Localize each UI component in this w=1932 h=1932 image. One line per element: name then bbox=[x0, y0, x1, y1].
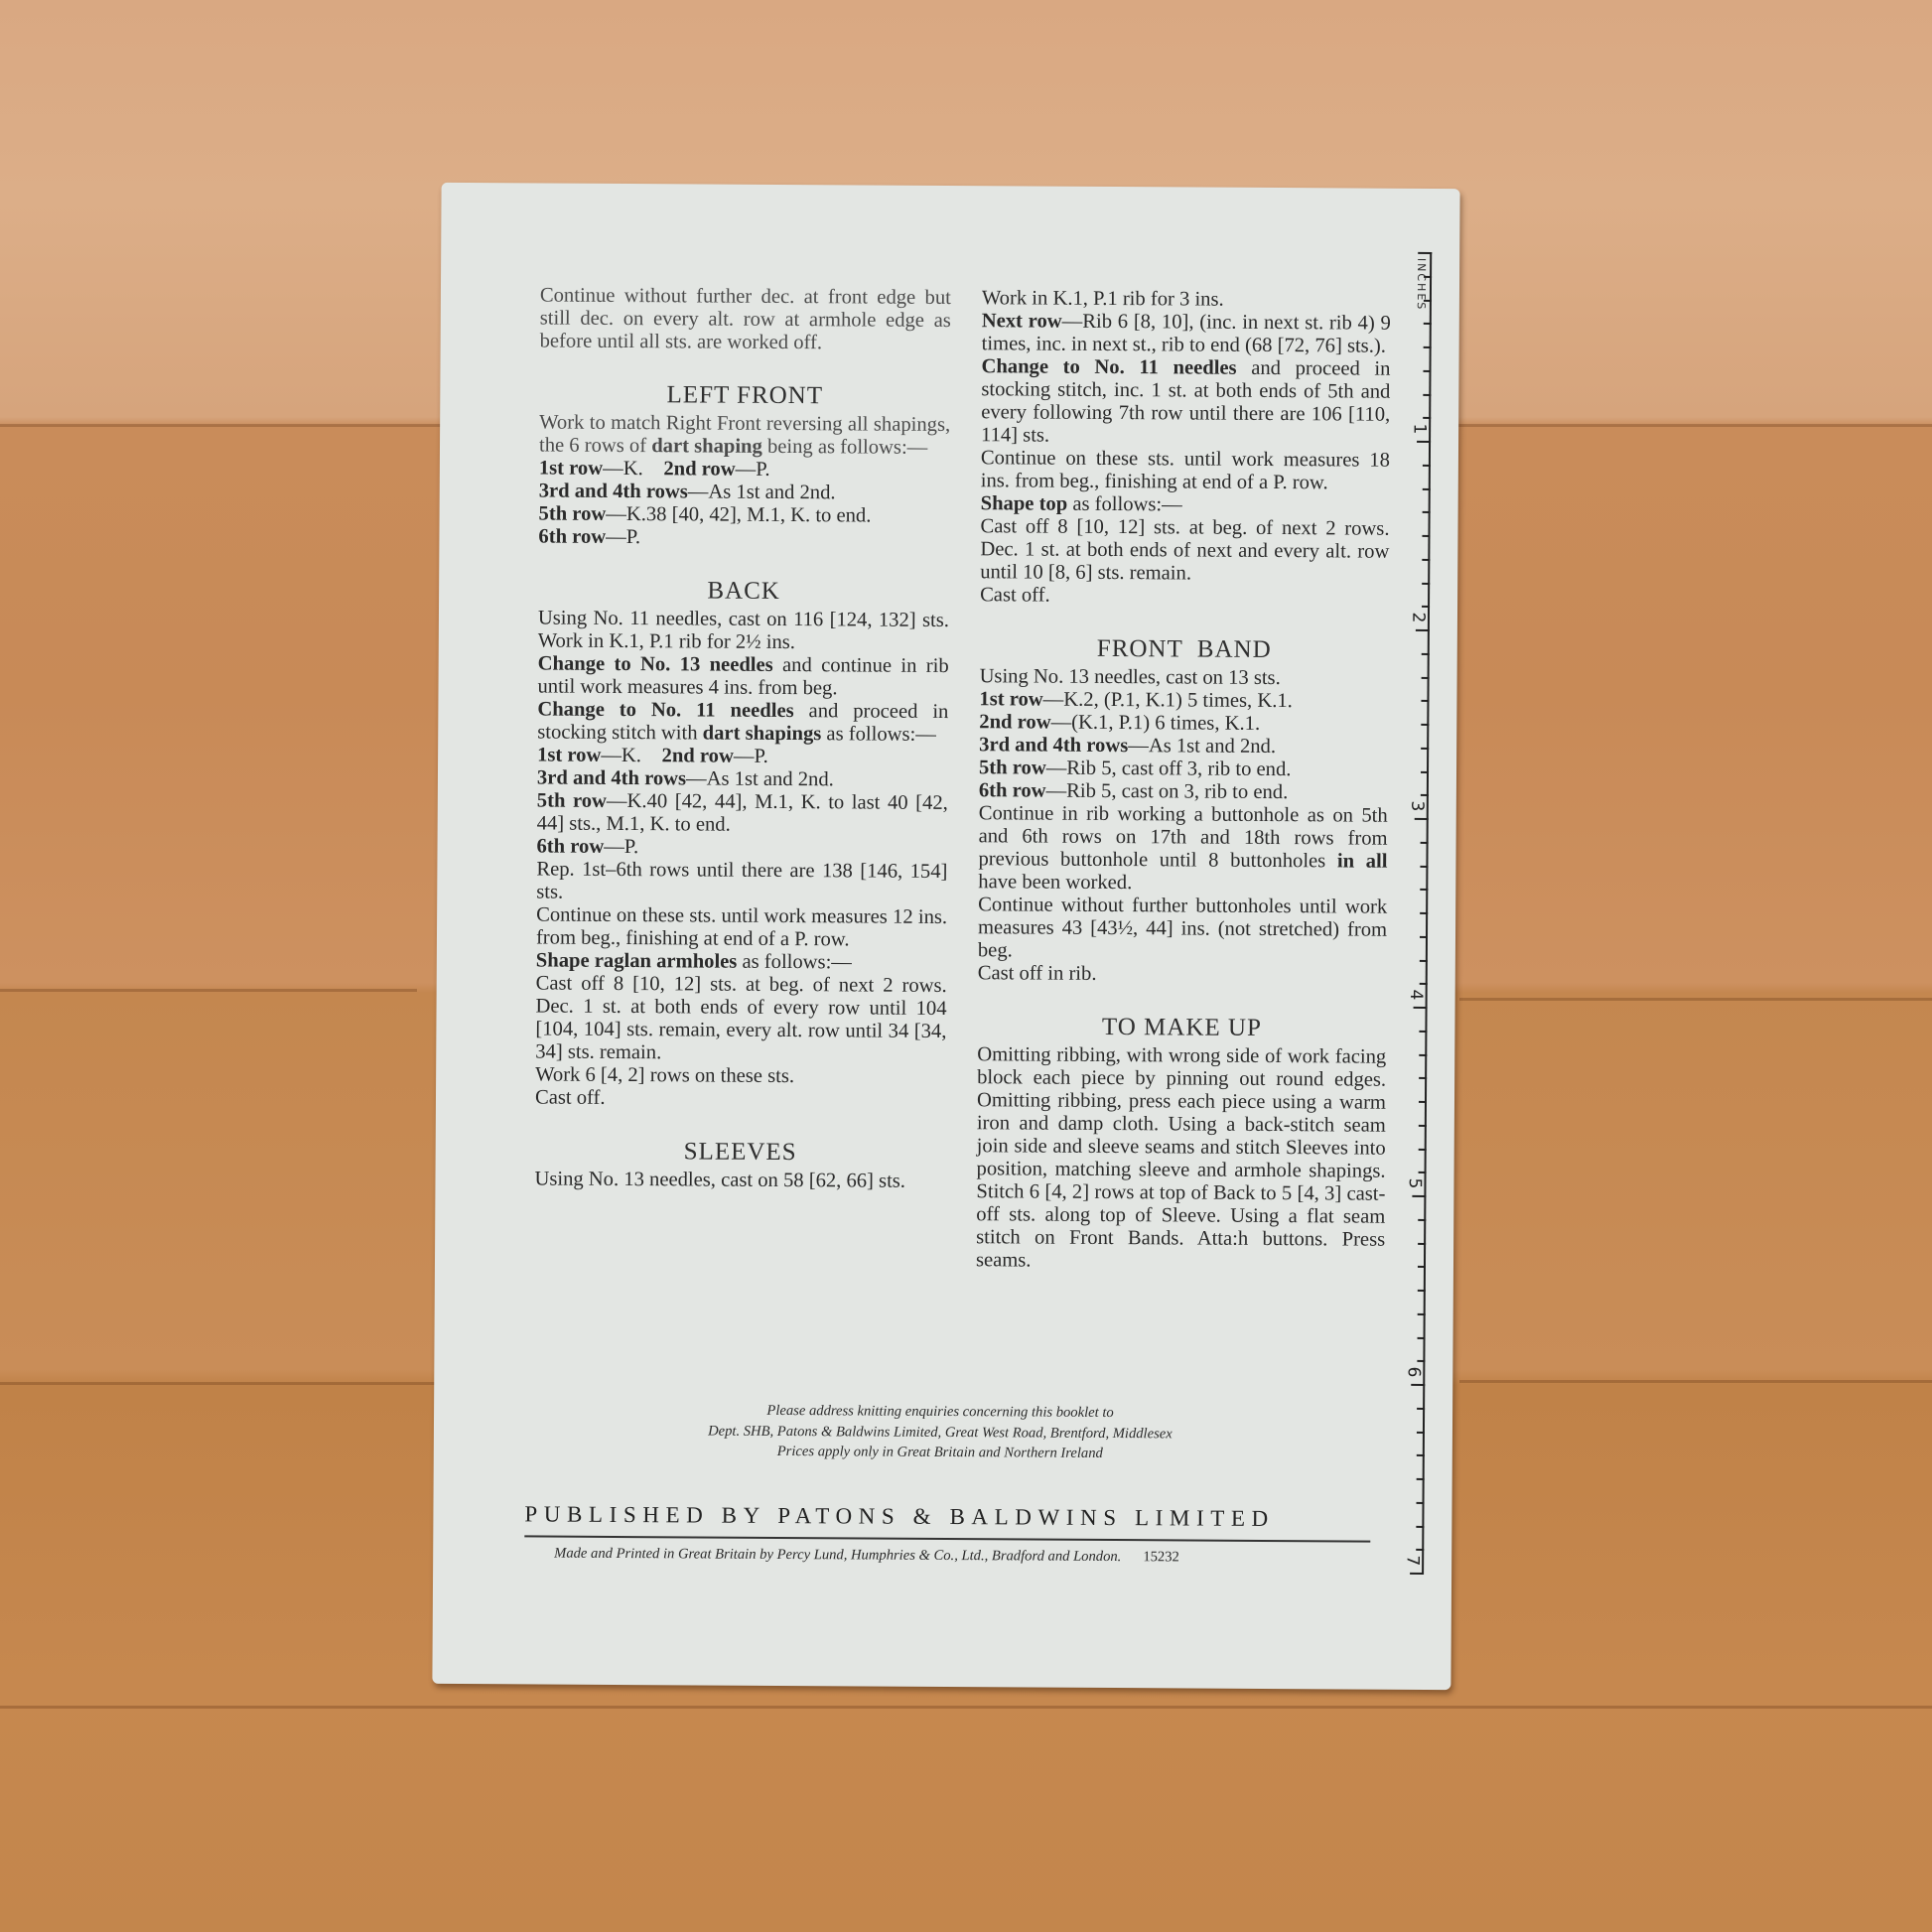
ruler-inch-label: 4 bbox=[1406, 989, 1426, 1000]
ruler-tick bbox=[1419, 1101, 1427, 1103]
ruler-inch-label: 1 bbox=[1410, 423, 1430, 434]
ruler-tick bbox=[1420, 936, 1428, 938]
ruler-tick bbox=[1423, 465, 1431, 467]
ruler-tick bbox=[1421, 794, 1429, 796]
ruler-tick bbox=[1417, 1431, 1425, 1433]
ruler-inch-tick bbox=[1417, 441, 1431, 443]
ruler-tick bbox=[1420, 983, 1428, 985]
ruler-tick bbox=[1419, 1031, 1427, 1033]
section-heading-back: BACK bbox=[538, 576, 949, 607]
plank-seam bbox=[0, 1382, 437, 1385]
ruler-inch-label: 5 bbox=[1405, 1177, 1425, 1188]
back-paragraph: Rep. 1st–6th rows until there are 138 [1… bbox=[536, 858, 947, 906]
ruler-tick bbox=[1423, 487, 1431, 489]
back-paragraph: Using No. 11 needles, cast on 116 [124, … bbox=[538, 607, 949, 655]
ruler-tick bbox=[1422, 559, 1430, 561]
ruler-tick bbox=[1418, 1313, 1426, 1315]
ruler-inch-label: 2 bbox=[1409, 612, 1429, 622]
section-heading-left-front: LEFT FRONT bbox=[539, 380, 950, 411]
ruler-tick bbox=[1421, 748, 1429, 750]
ruler-tick bbox=[1418, 1290, 1426, 1292]
inch-ruler: INCHES 1234567 bbox=[1404, 252, 1432, 1573]
enquiries-note: Please address knitting enquiries concer… bbox=[583, 1400, 1298, 1465]
ruler-tick bbox=[1421, 842, 1429, 844]
sleeves-paragraph: Change to No. 11 needles and proceed in … bbox=[981, 355, 1391, 450]
ruler-tick bbox=[1422, 582, 1430, 584]
plank-seam bbox=[1459, 1380, 1932, 1383]
row-instruction: 3rd and 4th rows—As 1st and 2nd. bbox=[979, 734, 1388, 759]
printer-line: Made and Printed in Great Britain by Per… bbox=[554, 1546, 1348, 1568]
section-heading-front-band: FRONT BAND bbox=[980, 634, 1389, 665]
note-line: Prices apply only in Great Britain and N… bbox=[583, 1441, 1298, 1465]
row-instruction: 1st row—K. 2nd row—P. bbox=[539, 457, 950, 483]
ruler-units-label: INCHES bbox=[1415, 258, 1428, 311]
row-instruction: 6th row—Rib 5, cast on 3, rib to end. bbox=[979, 779, 1388, 805]
ruler-tick bbox=[1417, 1478, 1425, 1480]
ruler-tick bbox=[1420, 912, 1428, 914]
row-instruction: 6th row—P. bbox=[538, 525, 949, 551]
ruler-tick bbox=[1421, 700, 1429, 702]
back-paragraph: Change to No. 11 needles and proceed in … bbox=[537, 698, 948, 747]
ruler-tick bbox=[1416, 1525, 1424, 1527]
left-front-body: Work to match Right Front reversing all … bbox=[539, 411, 950, 460]
sleeves-paragraph: Shape top as follows:— bbox=[981, 492, 1390, 518]
back-paragraph: Continue on these sts. until work measur… bbox=[536, 903, 947, 952]
ruler-tick bbox=[1418, 1336, 1426, 1338]
ruler-inch-label: 3 bbox=[1407, 800, 1427, 811]
make-up-paragraph: Omitting ribbing, with wrong side of wor… bbox=[976, 1043, 1386, 1275]
ruler-tick bbox=[1419, 1053, 1427, 1055]
ruler-tick bbox=[1419, 1148, 1427, 1150]
ruler-tick bbox=[1423, 511, 1431, 513]
row-instruction: 3rd and 4th rows—As 1st and 2nd. bbox=[537, 766, 948, 792]
ruler-tick bbox=[1419, 1172, 1427, 1173]
intro-paragraph: Continue without further dec. at front e… bbox=[540, 284, 951, 355]
back-paragraph: Change to No. 13 needles and continue in… bbox=[537, 652, 948, 701]
row-instruction: 5th row—Rib 5, cast off 3, rib to end. bbox=[979, 757, 1388, 782]
ruler-inch-tick bbox=[1416, 629, 1430, 631]
front-band-paragraph: Continue in rib working a buttonhole as … bbox=[978, 802, 1388, 897]
ruler-tick bbox=[1420, 889, 1428, 891]
back-paragraph: Shape raglan armholes as follows:— bbox=[536, 949, 947, 975]
front-band-paragraph: Using No. 13 needles, cast on 13 sts. bbox=[980, 665, 1389, 691]
ruler-tick bbox=[1417, 1502, 1425, 1504]
ruler-tick bbox=[1423, 393, 1431, 395]
row-instruction: 5th row—K.40 [42, 44], M.1, K. to last 4… bbox=[537, 789, 948, 838]
sleeves-paragraph: Next row—Rib 6 [8, 10], (inc. in next st… bbox=[982, 310, 1391, 358]
ruler-inch-label: 7 bbox=[1403, 1555, 1423, 1566]
row-instruction: 3rd and 4th rows—As 1st and 2nd. bbox=[539, 480, 950, 505]
ruler-tick bbox=[1419, 1077, 1427, 1079]
ruler-tick bbox=[1420, 959, 1428, 961]
ruler-inch-tick bbox=[1410, 1573, 1424, 1575]
ruler-tick bbox=[1423, 417, 1431, 419]
ruler-tick bbox=[1419, 1125, 1427, 1127]
row-instruction: 6th row—P. bbox=[536, 835, 947, 861]
ruler-tick bbox=[1421, 724, 1429, 726]
row-instruction: 1st row—K.2, (P.1, K.1) 5 times, K.1. bbox=[979, 688, 1388, 714]
ruler-tick bbox=[1422, 653, 1430, 655]
ruler-tick bbox=[1418, 1266, 1426, 1268]
row-instruction: 5th row—K.38 [40, 42], M.1, K. to end. bbox=[539, 502, 950, 528]
ruler-tick bbox=[1424, 346, 1432, 348]
back-paragraph: Work 6 [4, 2] rows on these sts. bbox=[535, 1063, 946, 1089]
section-heading-make-up: TO MAKE UP bbox=[977, 1013, 1386, 1043]
sleeves-paragraph: Cast off 8 [10, 12] sts. at beg. of next… bbox=[980, 515, 1389, 587]
front-band-paragraph: Continue without further buttonholes unt… bbox=[978, 894, 1387, 965]
booklet-page: Continue without further dec. at front e… bbox=[432, 183, 1459, 1690]
sleeves-paragraph: Cast off. bbox=[980, 584, 1389, 610]
ruler-tick bbox=[1424, 299, 1432, 301]
ruler-inch-tick bbox=[1411, 1384, 1425, 1386]
ruler-tick bbox=[1422, 606, 1430, 608]
footer-rule bbox=[524, 1535, 1370, 1542]
ruler-end-cap bbox=[1418, 252, 1432, 254]
ruler-tick bbox=[1424, 323, 1432, 325]
right-column: Work in K.1, P.1 rib for 3 ins. Next row… bbox=[976, 287, 1391, 1274]
left-column: Continue without further dec. at front e… bbox=[534, 284, 951, 1193]
plank-seam bbox=[0, 989, 417, 992]
ruler-tick bbox=[1422, 535, 1430, 537]
ruler-tick bbox=[1423, 370, 1431, 372]
sleeves-paragraph: Using No. 13 needles, cast on 58 [62, 66… bbox=[534, 1168, 945, 1193]
row-instruction: 2nd row—(K.1, P.1) 6 times, K.1. bbox=[979, 711, 1388, 737]
plank-seam bbox=[1459, 998, 1932, 1001]
ruler-tick bbox=[1421, 770, 1429, 772]
publisher-line: PUBLISHED BY PATONS & BALDWINS LIMITED bbox=[524, 1501, 1370, 1532]
ruler-tick bbox=[1417, 1408, 1425, 1410]
ruler-tick bbox=[1424, 276, 1432, 278]
ruler-tick bbox=[1420, 865, 1428, 867]
ruler-tick bbox=[1422, 676, 1430, 678]
sleeves-paragraph: Continue on these sts. until work measur… bbox=[981, 447, 1390, 495]
ruler-tick bbox=[1417, 1454, 1425, 1456]
ruler-tick bbox=[1418, 1242, 1426, 1244]
ruler-tick bbox=[1418, 1219, 1426, 1221]
ruler-inch-tick bbox=[1412, 1195, 1426, 1197]
ruler-inch-label: 6 bbox=[1404, 1366, 1424, 1377]
front-band-paragraph: Cast off in rib. bbox=[978, 962, 1387, 988]
ruler-inch-tick bbox=[1414, 1007, 1428, 1009]
row-instruction: 1st row—K. 2nd row—P. bbox=[537, 744, 948, 769]
ruler-tick bbox=[1416, 1549, 1424, 1551]
print-code: 15232 bbox=[1143, 1549, 1179, 1565]
section-heading-sleeves: SLEEVES bbox=[535, 1137, 946, 1168]
sleeves-paragraph: Work in K.1, P.1 rib for 3 ins. bbox=[982, 287, 1391, 313]
back-paragraph: Cast off 8 [10, 12] sts. at beg. of next… bbox=[535, 972, 947, 1066]
back-paragraph: Cast off. bbox=[535, 1086, 946, 1112]
ruler-inch-tick bbox=[1415, 818, 1429, 820]
plank-seam bbox=[0, 1706, 1932, 1709]
ruler-tick bbox=[1417, 1360, 1425, 1362]
